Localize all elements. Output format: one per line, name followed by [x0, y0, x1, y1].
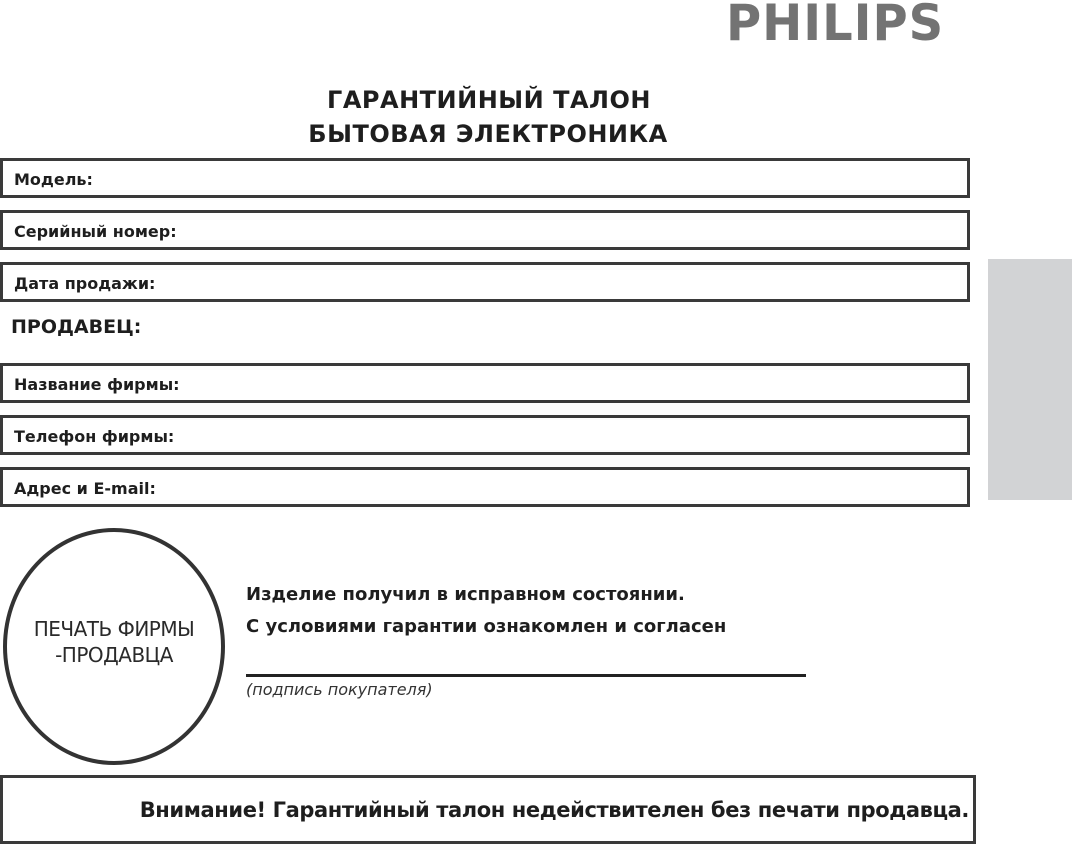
- company-phone-label: Телефон фирмы:: [14, 427, 174, 446]
- side-tab: [988, 259, 1072, 500]
- sale-date-label: Дата продажи:: [14, 274, 155, 293]
- philips-logo: PHILIPS: [726, 0, 944, 46]
- serial-number-label: Серийный номер:: [14, 222, 177, 241]
- serial-number-field[interactable]: Серийный номер:: [0, 210, 970, 250]
- seller-heading: ПРОДАВЕЦ:: [11, 316, 141, 338]
- sale-date-field[interactable]: Дата продажи:: [0, 262, 970, 302]
- company-name-field[interactable]: Название фирмы:: [0, 363, 970, 403]
- page-subtitle: БЫТОВАЯ ЭЛЕКТРОНИКА: [0, 120, 976, 148]
- address-email-label: Адрес и E-mail:: [14, 479, 156, 498]
- company-phone-field[interactable]: Телефон фирмы:: [0, 415, 970, 455]
- acceptance-statement-1: Изделие получил в исправном состоянии.: [246, 584, 685, 605]
- model-field[interactable]: Модель:: [0, 158, 970, 198]
- warning-text: Внимание! Гарантийный талон недействител…: [140, 798, 969, 822]
- signature-caption: (подпись покупателя): [246, 680, 433, 699]
- page-title: ГАРАНТИЙНЫЙ ТАЛОН: [0, 86, 976, 114]
- model-label: Модель:: [14, 170, 93, 189]
- stamp-caption: ПЕЧАТЬ ФИРМЫ -ПРОДАВЦА: [7, 616, 221, 668]
- stamp-caption-line2: -ПРОДАВЦА: [7, 642, 221, 668]
- stamp-caption-line1: ПЕЧАТЬ ФИРМЫ: [7, 616, 221, 642]
- warning-box: Внимание! Гарантийный талон недействител…: [0, 775, 976, 844]
- company-name-label: Название фирмы:: [14, 375, 180, 394]
- address-email-field[interactable]: Адрес и E-mail:: [0, 467, 970, 507]
- acceptance-statement-2: С условиями гарантии ознакомлен и соглас…: [246, 616, 726, 637]
- seller-stamp-area: ПЕЧАТЬ ФИРМЫ -ПРОДАВЦА: [3, 528, 225, 765]
- signature-line[interactable]: [246, 674, 806, 677]
